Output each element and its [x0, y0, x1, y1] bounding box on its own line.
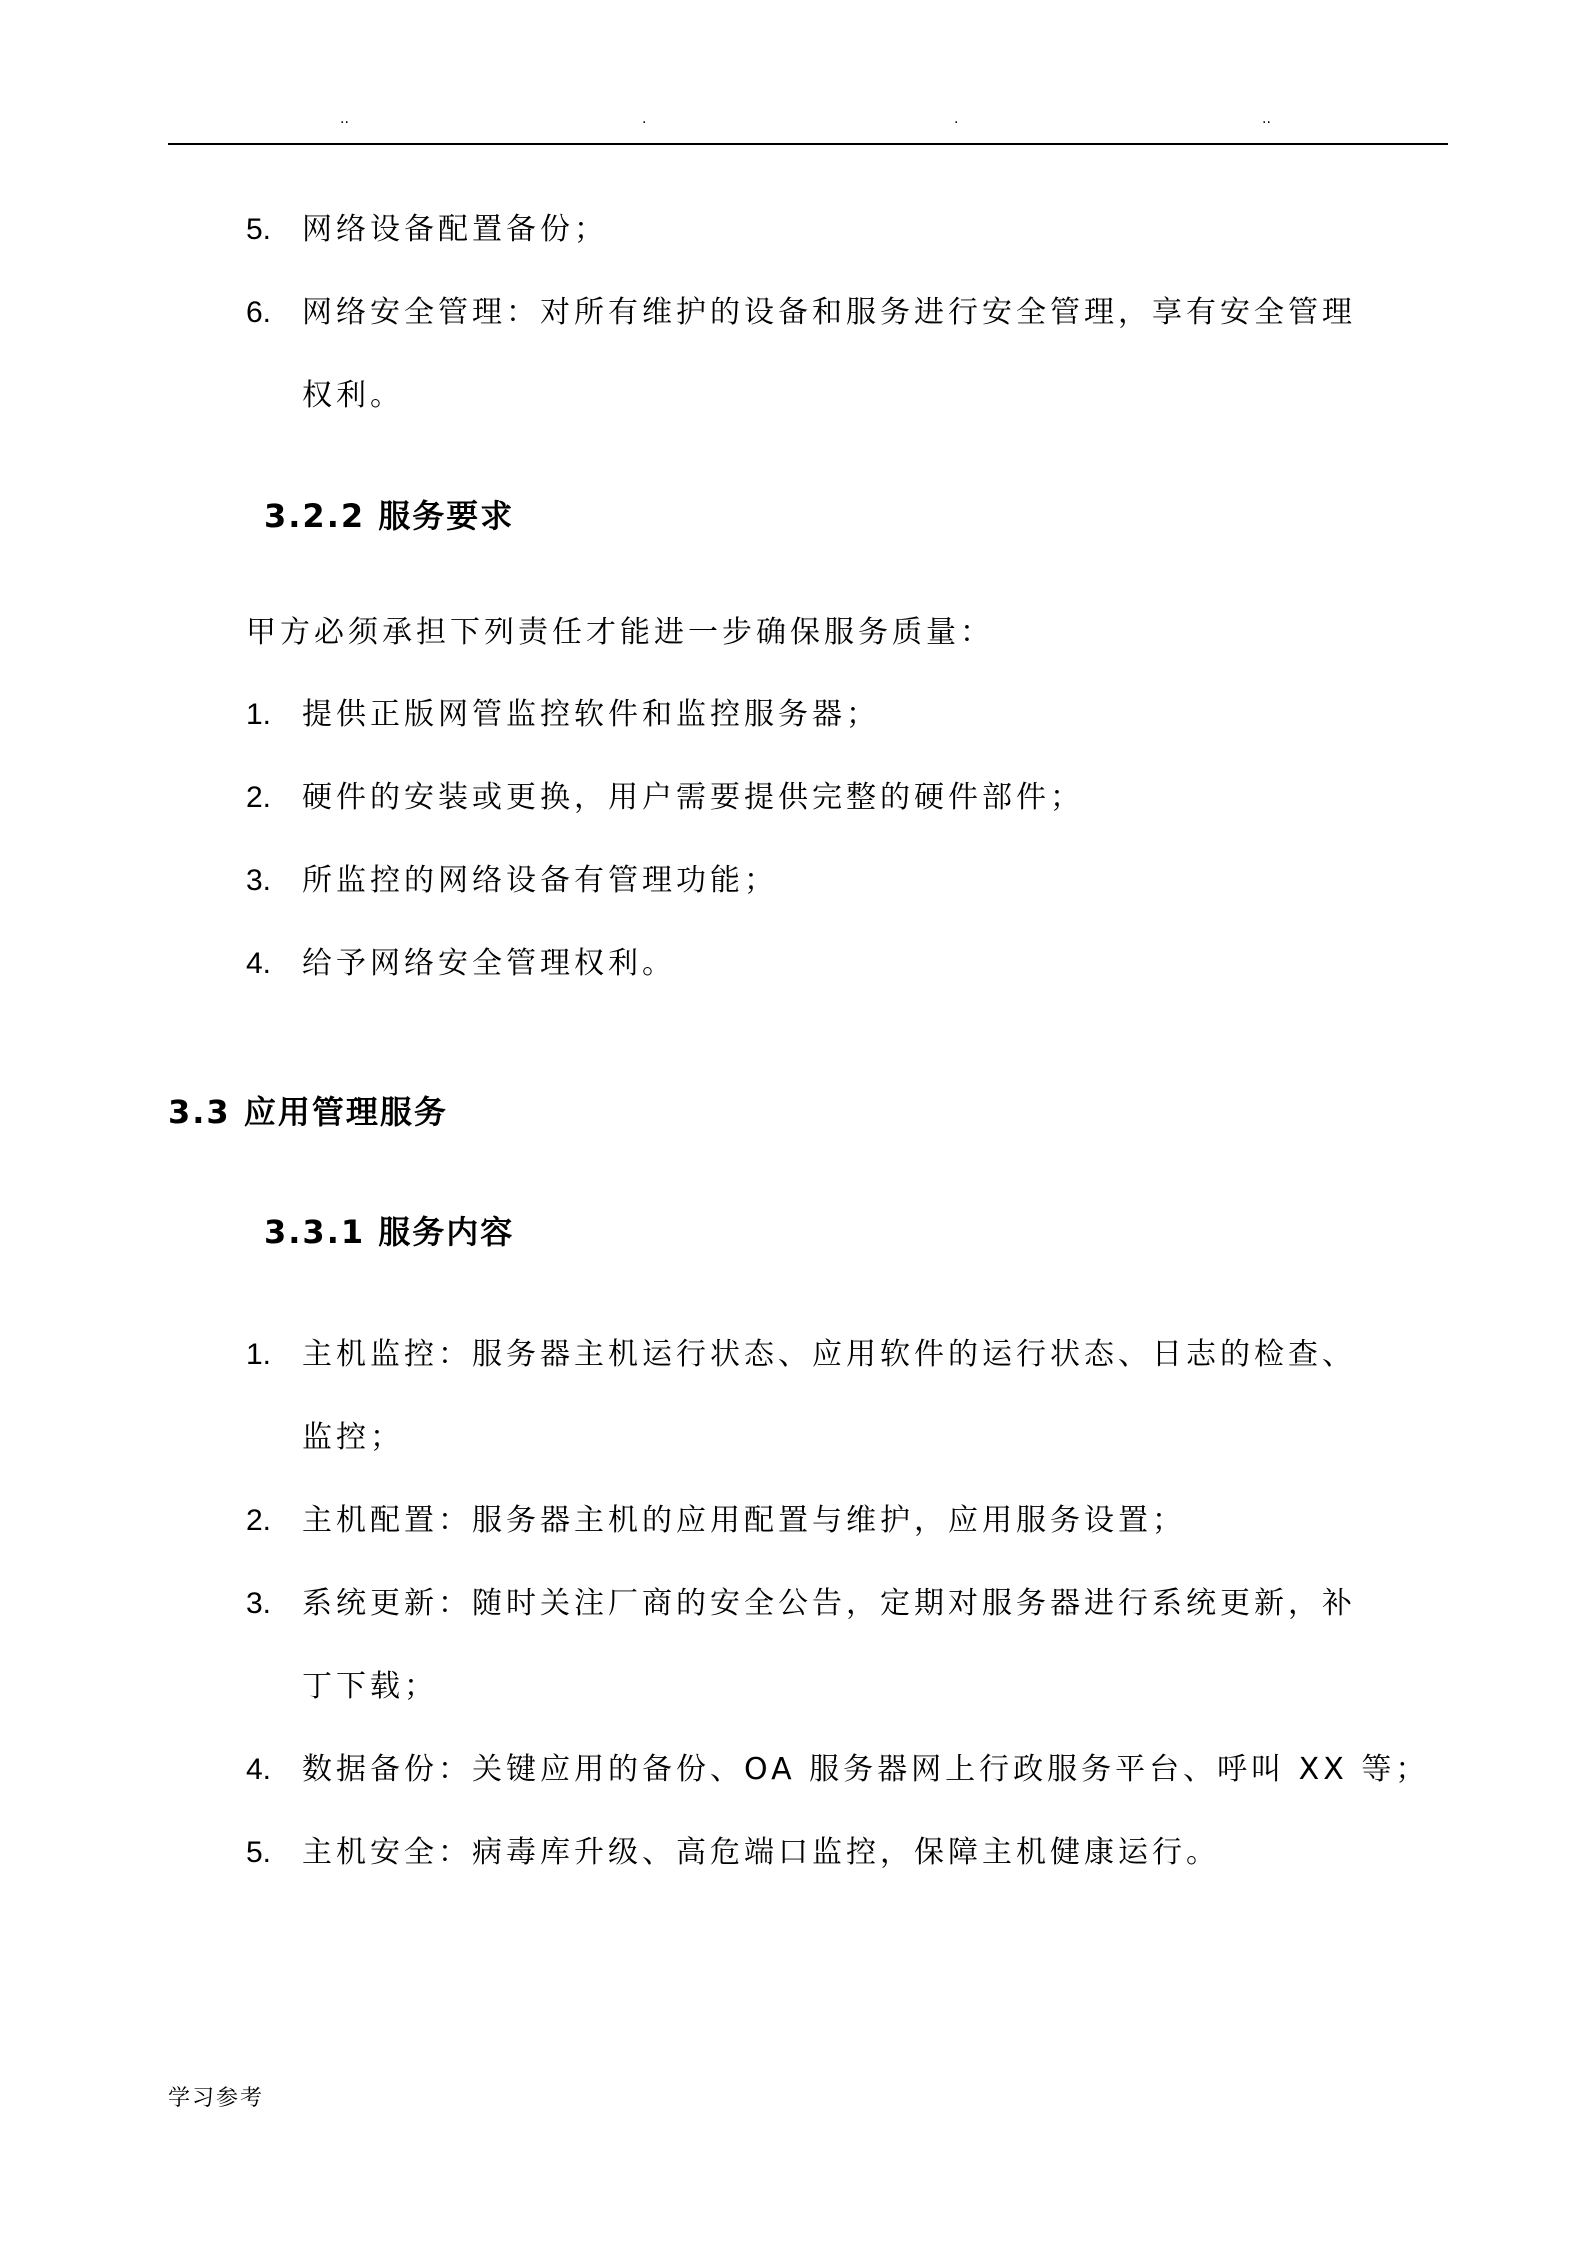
list-item-continuation: 丁下载；: [302, 1672, 438, 1702]
list-number: 4.: [246, 949, 271, 979]
list-text: 网络设备配置备份；: [302, 215, 608, 245]
page-header: .. . . ..: [168, 112, 1448, 144]
list-text: 给予网络安全管理权利。: [302, 949, 676, 979]
section-heading-3-3-1: 3.3.1 服务内容: [264, 1216, 514, 1248]
list-number: 2.: [246, 1506, 271, 1536]
list-number: 3.: [246, 1589, 271, 1619]
list-number: 3.: [246, 866, 271, 896]
list-number: 1.: [246, 700, 271, 730]
header-divider: [168, 143, 1448, 145]
list-number: 5.: [246, 1838, 271, 1868]
list-text: 网络安全管理：对所有维护的设备和服务进行安全管理，享有安全管理: [302, 298, 1356, 328]
list-number: 6.: [246, 298, 271, 328]
list-item-continuation: 监控；: [302, 1423, 404, 1453]
header-mark: ..: [340, 112, 349, 126]
intro-paragraph: 甲方必须承担下列责任才能进一步确保服务质量：: [246, 618, 994, 648]
list-text: 主机配置：服务器主机的应用配置与维护，应用服务设置；: [302, 1506, 1186, 1536]
list-text: 所监控的网络设备有管理功能；: [302, 866, 778, 896]
list-text: 主机安全：病毒库升级、高危端口监控，保障主机健康运行。: [302, 1838, 1220, 1868]
header-mark: .: [954, 112, 958, 126]
list-text: 数据备份：关键应用的备份、OA 服务器网上行政服务平台、呼叫 XX 等；: [302, 1755, 1429, 1785]
list-text: 主机监控：服务器主机运行状态、应用软件的运行状态、日志的检查、: [302, 1340, 1356, 1370]
list-text: 提供正版网管监控软件和监控服务器；: [302, 700, 880, 730]
page-footer: 学习参考: [168, 2088, 264, 2110]
list-number: 4.: [246, 1755, 271, 1785]
section-heading-3-3: 3.3 应用管理服务: [168, 1096, 448, 1128]
list-item-continuation: 权利。: [302, 381, 404, 411]
header-mark: .: [642, 112, 646, 126]
list-text: 硬件的安装或更换，用户需要提供完整的硬件部件；: [302, 783, 1084, 813]
list-text: 系统更新：随时关注厂商的安全公告，定期对服务器进行系统更新，补: [302, 1589, 1356, 1619]
list-number: 2.: [246, 783, 271, 813]
list-number: 5.: [246, 215, 271, 245]
header-mark: ..: [1262, 112, 1271, 126]
section-heading-3-2-2: 3.2.2 服务要求: [264, 500, 514, 532]
list-number: 1.: [246, 1340, 271, 1370]
